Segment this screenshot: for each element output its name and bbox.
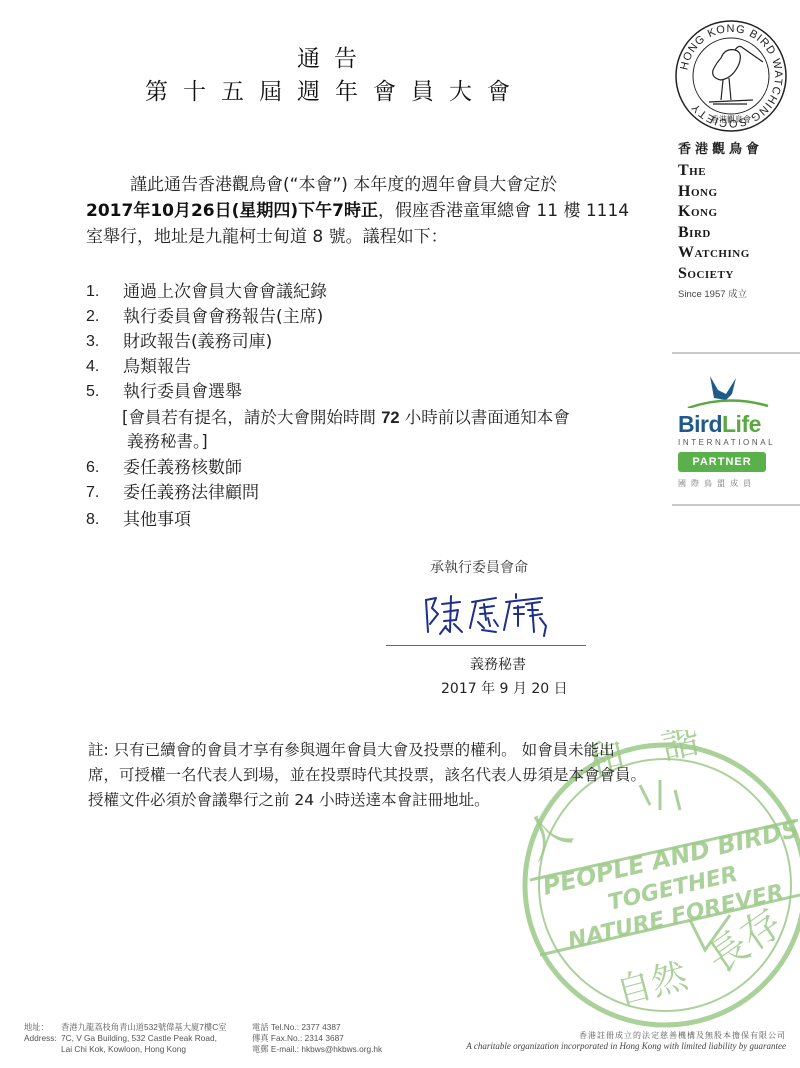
birdlife-international: INTERNATIONAL bbox=[678, 438, 778, 447]
intro-line-3: 室舉行，地址是九龍柯士甸道 8 號。議程如下： bbox=[86, 224, 646, 250]
signature-date: 2017 年 9 月 20 日 bbox=[441, 678, 568, 698]
agenda-text: 財政報告(義務司庫) bbox=[123, 330, 272, 355]
birdlife-bird-icon bbox=[678, 372, 778, 408]
note-line-1: 註: 只有已續會的會員才享有參與週年會員大會及投票的權利。 如會員未能出 bbox=[88, 738, 668, 763]
society-name-cn: 香港觀鳥會 bbox=[678, 138, 763, 157]
note-line-3: 授權文件必須於會議舉行之前 24 小時送達本會註冊地址。 bbox=[88, 788, 668, 813]
agenda-text: 執行委員會會務報告(主席) bbox=[123, 305, 323, 330]
note-text: 義務秘書。] bbox=[122, 430, 656, 453]
note-text: [會員若有提名，請於大會開始時間 bbox=[122, 408, 381, 427]
agenda-item: 3.財政報告(義務司庫) bbox=[86, 330, 656, 355]
partner-badge: PARTNER bbox=[678, 452, 766, 472]
tel-label: 電話 Tel.No.: bbox=[252, 1022, 299, 1032]
hours-count: 72 bbox=[381, 409, 399, 427]
logo-ring-cn: 香港觀鳥會 bbox=[711, 114, 751, 124]
agenda-number: 8. bbox=[86, 508, 123, 533]
charity-cn: 香港註冊成立的法定慈善機構及無股本擔保有限公司 bbox=[466, 1030, 786, 1041]
society-name: 香港觀鳥會 The Hong Kong Bird Watching Societ… bbox=[678, 138, 763, 300]
birdlife-partner-logo: BirdLife INTERNATIONAL PARTNER 國際鳥盟成員 bbox=[678, 372, 778, 489]
charity-statement: 香港註冊成立的法定慈善機構及無股本擔保有限公司 A charitable org… bbox=[466, 1030, 786, 1052]
meeting-venue: ，假座香港童軍總會 11 樓 1114 bbox=[378, 201, 629, 221]
agenda-text: 通過上次會員大會會議紀錄 bbox=[123, 280, 327, 305]
agenda-item: 8.其他事項 bbox=[86, 508, 656, 533]
agenda-number: 1. bbox=[86, 280, 123, 305]
agenda-text: 委任義務法律顧問 bbox=[123, 481, 259, 508]
agenda-text: 執行委員會選舉 bbox=[123, 380, 242, 405]
society-name-en: Bird bbox=[678, 223, 763, 244]
voting-rights-note: 註: 只有已續會的會員才享有參與週年會員大會及投票的權利。 如會員未能出 席，可… bbox=[88, 738, 668, 813]
meeting-datetime: 2017年10月26日(星期四)下午7時正 bbox=[86, 201, 378, 221]
agenda-text: 其他事項 bbox=[123, 508, 191, 533]
intro-paragraph: 謹此通告香港觀鳥會(“本會”) 本年度的週年會員大會定於 2017年10月26日… bbox=[86, 172, 646, 250]
address-en-line-1: 7C, V Ga Building, 532 Castle Peak Road, bbox=[61, 1033, 217, 1043]
agenda-number: 5. bbox=[86, 380, 123, 405]
svg-text:HONG KONG BIRD WATCHING SOCIET: HONG KONG BIRD WATCHING SOCIETY bbox=[678, 23, 784, 129]
fax-label: 傳真 Fax.No.: bbox=[252, 1033, 302, 1043]
logo-ring-text: HONG KONG BIRD WATCHING SOCIETY bbox=[678, 23, 784, 129]
agenda-list: 1.通過上次會員大會會議紀錄 2.執行委員會會務報告(主席) 3.財政報告(義務… bbox=[86, 280, 656, 533]
intro-line-2: 2017年10月26日(星期四)下午7時正，假座香港童軍總會 11 樓 1114 bbox=[86, 198, 646, 224]
election-nomination-note: [會員若有提名，請於大會開始時間 72 小時前以書面通知本會 義務秘書。] bbox=[86, 406, 656, 453]
signatory-title: 義務秘書 bbox=[470, 654, 526, 674]
email-address[interactable]: hkbws@hkbws.org.hk bbox=[301, 1044, 382, 1054]
society-name-en: Watching bbox=[678, 243, 763, 264]
meeting-title: 第十五屆週年會員大會 bbox=[0, 73, 655, 106]
email-label: 電郵 E-mail.: bbox=[252, 1044, 299, 1054]
fax-number: 2314 3687 bbox=[305, 1033, 344, 1043]
society-name-en: Hong bbox=[678, 182, 763, 203]
agenda-item: 5.執行委員會選舉 bbox=[86, 380, 656, 405]
birdlife-bird: Bird bbox=[678, 411, 722, 437]
agenda-item: 4.鳥類報告 bbox=[86, 355, 656, 380]
handwritten-signature bbox=[420, 588, 560, 640]
society-name-en: Society bbox=[678, 264, 763, 285]
agenda-item: 1.通過上次會員大會會議紀錄 bbox=[86, 280, 656, 305]
birdlife-cn: 國際鳥盟成員 bbox=[678, 478, 778, 489]
intro-line-1: 謹此通告香港觀鳥會(“本會”) 本年度的週年會員大會定於 bbox=[86, 172, 646, 198]
signature-line bbox=[386, 645, 586, 646]
charity-en: A charitable organization incorporated i… bbox=[466, 1041, 786, 1052]
address-cn: 香港九龍荔枝角青山道532號偉基大廈7樓C室 bbox=[61, 1022, 227, 1032]
address-en-label: Address: bbox=[24, 1033, 61, 1044]
hkbws-logo: HONG KONG BIRD WATCHING SOCIETY 香港觀鳥會 bbox=[673, 18, 789, 134]
agenda-item: 6.委任義務核數師 bbox=[86, 456, 656, 481]
contact-block: 電話 Tel.No.: 2377 4387 傳真 Fax.No.: 2314 3… bbox=[252, 1022, 382, 1055]
sidebar-divider bbox=[672, 352, 800, 354]
agenda-number: 4. bbox=[86, 355, 123, 380]
note-line-2: 席，可授權一名代表人到場，並在投票時代其投票，該名代表人毋須是本會會員。 bbox=[88, 763, 668, 788]
agenda-item: 7.委任義務法律顧問 bbox=[86, 481, 656, 508]
society-name-en: The bbox=[678, 161, 763, 182]
agenda-text: 鳥類報告 bbox=[123, 355, 191, 380]
agenda-item: 2.執行委員會會務報告(主席) bbox=[86, 305, 656, 330]
birdlife-wordmark: BirdLife bbox=[678, 412, 778, 436]
note-text: 小時前以書面通知本會 bbox=[400, 408, 570, 427]
agenda-number: 7. bbox=[86, 481, 123, 508]
address-cn-label: 地址： bbox=[24, 1022, 61, 1033]
founded-year: Since 1957 成立 bbox=[678, 286, 763, 300]
notice-title: 通告 bbox=[0, 40, 654, 73]
svg-text:自然: 自然 bbox=[612, 955, 693, 1013]
agenda-number: 3. bbox=[86, 330, 123, 355]
birdlife-life: Life bbox=[722, 411, 761, 437]
society-name-en: Kong bbox=[678, 202, 763, 223]
agenda-text: 委任義務核數師 bbox=[123, 456, 242, 481]
address-block: 地址：香港九龍荔枝角青山道532號偉基大廈7樓C室 Address:7C, V … bbox=[24, 1022, 227, 1055]
tel-number: 2377 4387 bbox=[301, 1022, 340, 1032]
address-en-line-2: Lai Chi Kok, Kowloon, Hong Kong bbox=[61, 1044, 186, 1054]
sidebar-divider bbox=[672, 504, 800, 506]
agenda-number: 6. bbox=[86, 456, 123, 481]
agenda-number: 2. bbox=[86, 305, 123, 330]
by-order-label: 承執行委員會命 bbox=[430, 557, 528, 577]
